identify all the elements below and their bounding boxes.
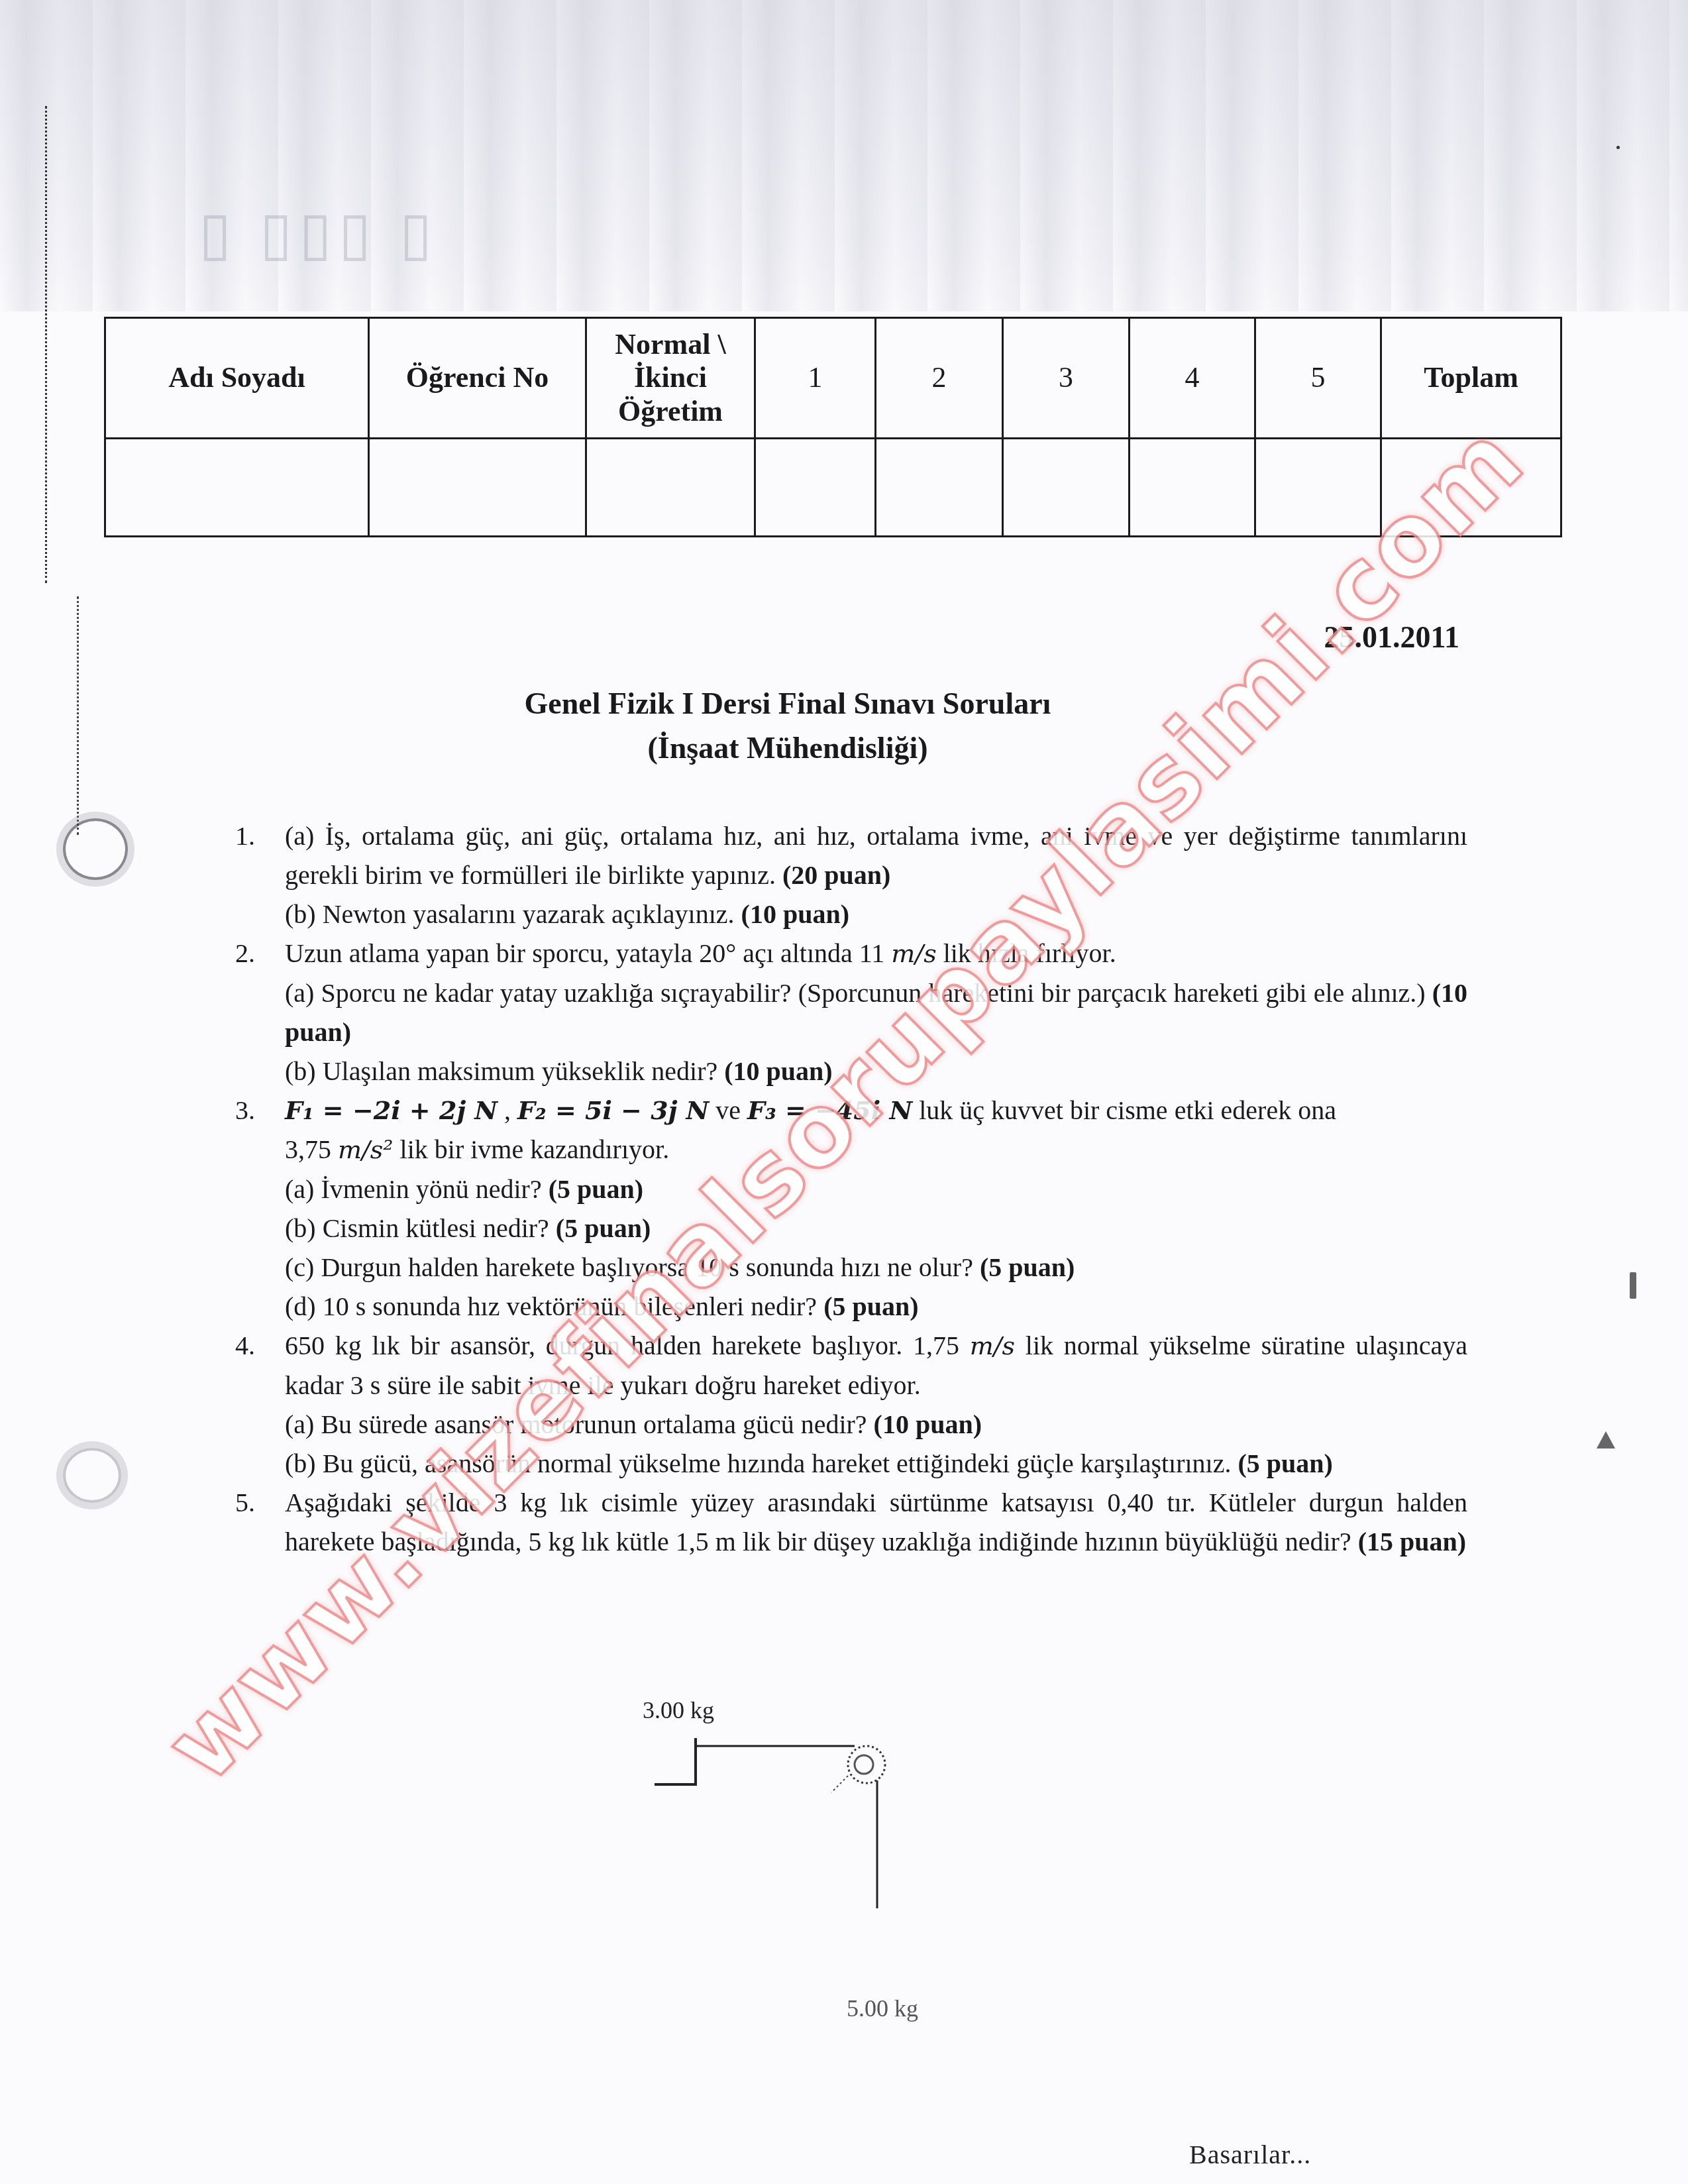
- force-f2: F₂ = 5i − 3j N: [517, 1095, 709, 1125]
- cell-name[interactable]: [105, 439, 369, 537]
- cell-program[interactable]: [586, 439, 755, 537]
- pulley-diagram-drawing: [596, 1676, 1060, 2048]
- mass-label-3kg: 3.00 kg: [643, 1696, 714, 1724]
- question-intro: Uzun atlama yapan bir sporcu, yatayla 20…: [285, 934, 1467, 973]
- question-part: (b) Cismin kütlesi nedir? (5 puan): [285, 1209, 1467, 1248]
- cell-q3: [1003, 439, 1130, 537]
- connector-text: ,: [498, 1095, 517, 1125]
- question-part: (b) Ulaşılan maksimum yükseklik nedir? (…: [285, 1052, 1467, 1091]
- question-1: 1. (a) İş, ortalama güç, ani güç, ortala…: [235, 816, 1467, 934]
- unit-text: m/s: [970, 1331, 1015, 1360]
- question-4: 4. 650 kg lık bir asansör, durgun halden…: [235, 1326, 1467, 1483]
- question-part-text: (a) Sporcu ne kadar yatay uzaklığa sıçra…: [285, 978, 1426, 1008]
- question-intro: Aşağıdaki şekilde 3 kg lık cisimle yüzey…: [285, 1483, 1467, 1561]
- header-student-no: Öğrenci No: [369, 318, 586, 439]
- question-part: (a) Sporcu ne kadar yatay uzaklığa sıçra…: [285, 973, 1467, 1052]
- force-f1: F₁ = −2i + 2j N: [285, 1095, 498, 1125]
- question-part-text: (b) Newton yasalarını yazarak açıklayını…: [285, 899, 735, 929]
- student-grade-table: Adı Soyadı Öğrenci No Normal \ İkinci Öğ…: [104, 317, 1562, 537]
- connector-text: ve: [709, 1095, 747, 1125]
- question-part: (a) İş, ortalama güç, ani güç, ortalama …: [285, 816, 1467, 895]
- question-list: 1. (a) İş, ortalama güç, ani güç, ortala…: [235, 816, 1467, 1561]
- closing-message: Basarılar...: [1189, 2139, 1311, 2170]
- header-q2: 2: [876, 318, 1003, 439]
- header-program: Normal \ İkinci Öğretim: [586, 318, 755, 439]
- question-part: (a) Bu sürede asansör motorunun ortalama…: [285, 1405, 1467, 1444]
- question-intro-text: lik hızla fırlıyor.: [937, 938, 1116, 968]
- question-intro-text: luk üç kuvvet bir cisme etki ederek ona: [912, 1095, 1336, 1125]
- question-5: 5. Aşağıdaki şekilde 3 kg lık cisimle yü…: [235, 1483, 1467, 1561]
- cell-q4: [1130, 439, 1255, 537]
- question-part: (c) Durgun halden harekete başlıyorsa 10…: [285, 1248, 1467, 1287]
- question-part: (b) Newton yasalarını yazarak açıklayını…: [285, 895, 1467, 934]
- exam-title: Genel Fizik I Dersi Final Sınavı Sorular…: [0, 686, 1688, 721]
- pulley-bracket: [831, 1776, 848, 1792]
- question-points: (10 puan): [741, 899, 849, 929]
- question-part: (a) İvmenin yönü nedir? (5 puan): [285, 1170, 1467, 1209]
- faded-bleedthrough-text: ▯ ▯▯▯ ▯: [199, 199, 439, 268]
- pulley-icon: [848, 1746, 885, 1783]
- question-points: (5 puan): [549, 1174, 643, 1204]
- question-part-text: (d) 10 s sonunda hız vektörünün bileşenl…: [285, 1291, 817, 1321]
- question-points: (10 puan): [724, 1056, 832, 1086]
- question-intro-text: 650 kg lık bir asansör, durgun halden ha…: [285, 1331, 970, 1360]
- header-q1: 1: [755, 318, 876, 439]
- question-part-text: (b) Cismin kütlesi nedir?: [285, 1213, 549, 1243]
- question-points: (10 puan): [874, 1409, 982, 1439]
- cell-q2: [876, 439, 1003, 537]
- question-number: 2.: [235, 934, 275, 973]
- header-q5: 5: [1255, 318, 1381, 439]
- header-program-line: Öğretim: [587, 395, 754, 429]
- question-part: (d) 10 s sonunda hız vektörünün bileşenl…: [285, 1287, 1467, 1326]
- question-part-text: (b) Bu gücü, asansörün normal yükselme h…: [285, 1448, 1231, 1478]
- scan-noise-band: ▯ ▯▯▯ ▯: [0, 0, 1688, 311]
- question-points: (20 puan): [782, 860, 890, 890]
- accel-value: 3,75: [285, 1134, 338, 1164]
- scan-mark: [1597, 1431, 1615, 1448]
- header-program-line: İkinci: [587, 361, 754, 395]
- block-3kg-outline: [655, 1738, 696, 1784]
- table-row: [105, 439, 1561, 537]
- question-number: 4.: [235, 1326, 275, 1365]
- question-2: 2. Uzun atlama yapan bir sporcu, yatayla…: [235, 934, 1467, 1091]
- question-number: 5.: [235, 1483, 275, 1522]
- question-points: (5 puan): [823, 1291, 918, 1321]
- question-intro: F₁ = −2i + 2j N , F₂ = 5i − 3j N ve F₃ =…: [285, 1091, 1467, 1170]
- unit-text: m/s²: [338, 1135, 394, 1164]
- pulley-diagram: 3.00 kg 5.00 kg: [596, 1676, 1060, 2048]
- binder-hole-artifact: [63, 1448, 121, 1503]
- binder-hole-artifact: [63, 818, 128, 880]
- question-points: (5 puan): [556, 1213, 651, 1243]
- question-intro-text: Uzun atlama yapan bir sporcu, yatayla 20…: [285, 938, 891, 968]
- question-part: (b) Bu gücü, asansörün normal yükselme h…: [285, 1444, 1467, 1483]
- table-header-row: Adı Soyadı Öğrenci No Normal \ İkinci Öğ…: [105, 318, 1561, 439]
- question-intro-text: Aşağıdaki şekilde 3 kg lık cisimle yüzey…: [285, 1488, 1467, 1556]
- margin-dotted-line: [45, 106, 47, 583]
- unit-text: m/s: [891, 939, 936, 968]
- header-q4: 4: [1130, 318, 1255, 439]
- question-part-text: (a) İvmenin yönü nedir?: [285, 1174, 542, 1204]
- cell-total: [1381, 439, 1561, 537]
- question-points: (5 puan): [980, 1252, 1075, 1282]
- question-part-text: (a) Bu sürede asansör motorunun ortalama…: [285, 1409, 867, 1439]
- exam-date: 25.01.2011: [1324, 620, 1459, 655]
- question-number: 3.: [235, 1091, 275, 1130]
- question-number: 1.: [235, 816, 275, 855]
- header-q3: 3: [1003, 318, 1130, 439]
- question-intro-text: lik bir ivme kazandırıyor.: [394, 1134, 670, 1164]
- question-points: (15 puan): [1358, 1527, 1466, 1556]
- mass-label-5kg: 5.00 kg: [847, 1994, 918, 2022]
- header-program-line: Normal \: [587, 328, 754, 362]
- cell-student-no[interactable]: [369, 439, 586, 537]
- question-3: 3. F₁ = −2i + 2j N , F₂ = 5i − 3j N ve F…: [235, 1091, 1467, 1326]
- header-total: Toplam: [1381, 318, 1561, 439]
- cell-q1: [755, 439, 876, 537]
- scan-mark: [1630, 1272, 1636, 1299]
- scan-speck: [1616, 146, 1620, 149]
- question-part-text: (c) Durgun halden harekete başlıyorsa 10…: [285, 1252, 973, 1282]
- cell-q5: [1255, 439, 1381, 537]
- question-intro: 650 kg lık bir asansör, durgun halden ha…: [285, 1326, 1467, 1405]
- exam-subtitle: (İnşaat Mühendisliği): [0, 730, 1688, 765]
- question-points: (5 puan): [1238, 1448, 1332, 1478]
- pulley-axle-icon: [855, 1755, 873, 1774]
- force-f3: F₃ = −45i N: [747, 1095, 912, 1125]
- header-name: Adı Soyadı: [105, 318, 369, 439]
- question-part-text: (b) Ulaşılan maksimum yükseklik nedir?: [285, 1056, 717, 1086]
